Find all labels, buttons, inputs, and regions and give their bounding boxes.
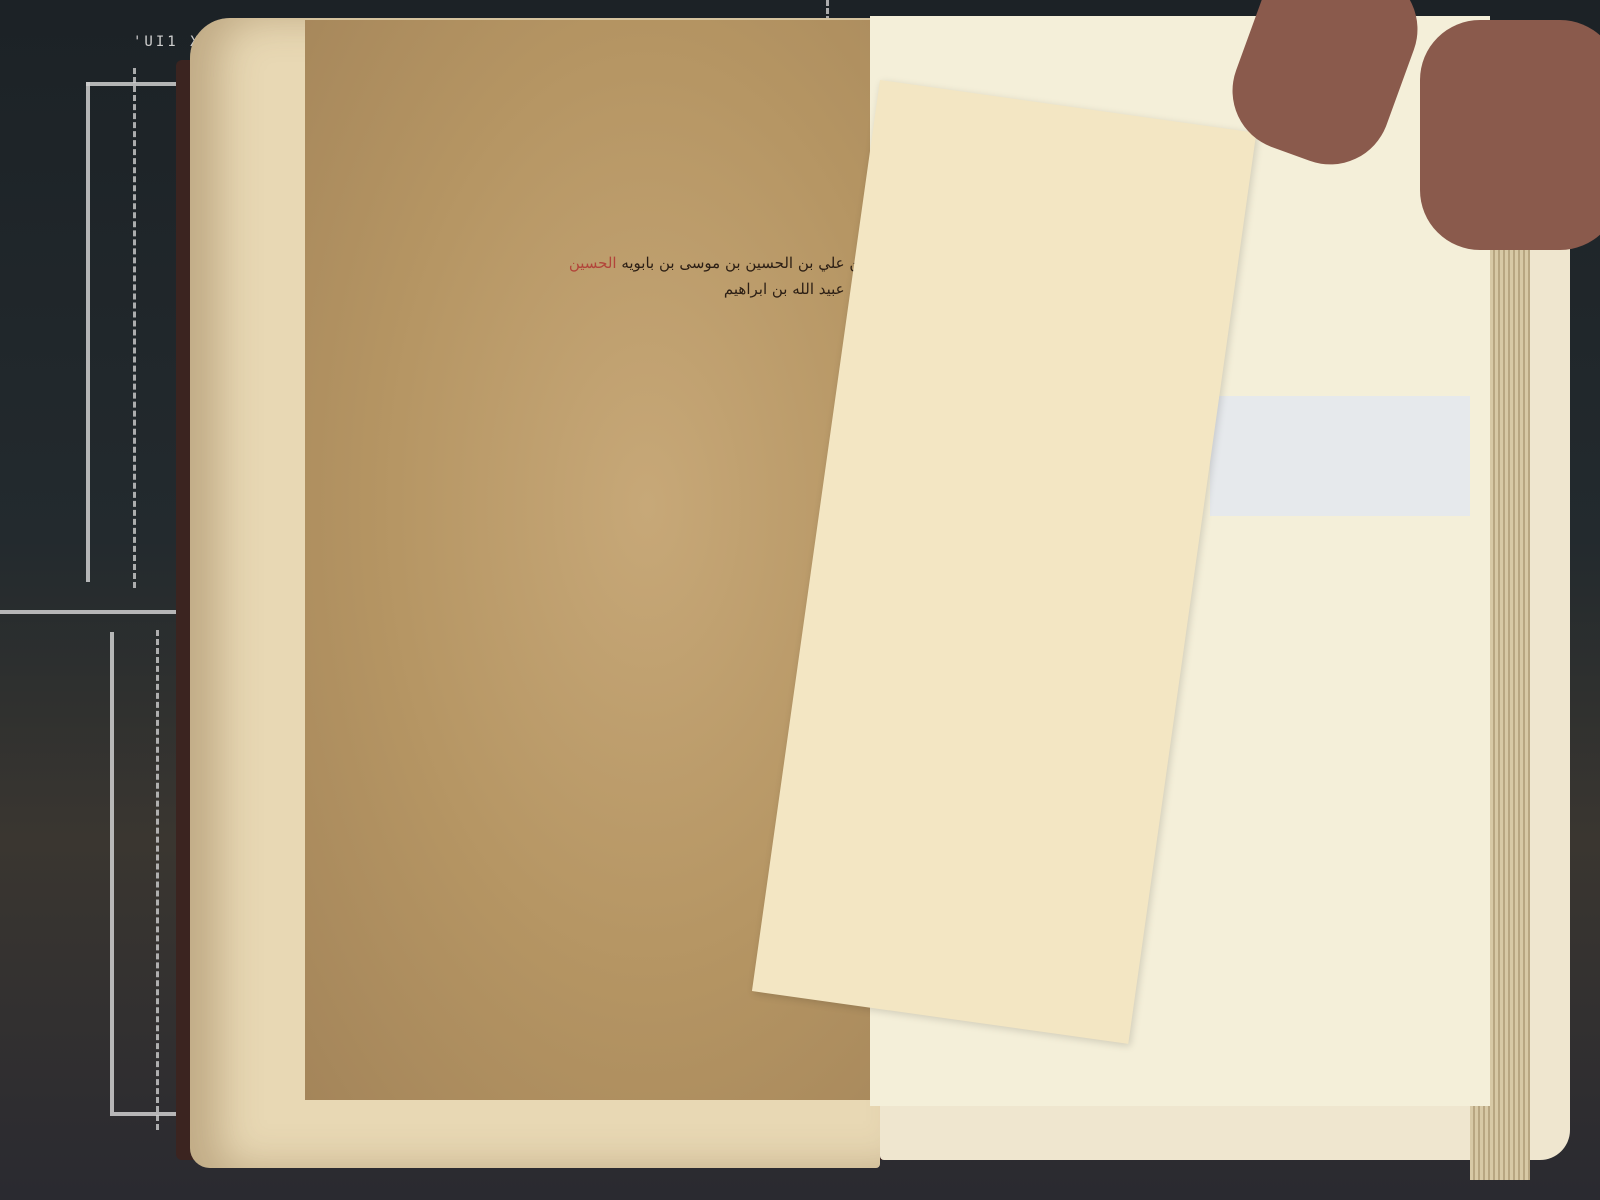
rubric-word: الحسين: [569, 254, 617, 272]
hand-thumb: [1420, 20, 1600, 250]
mat-guide-line: [110, 1112, 180, 1116]
sample-line: بن عبيد الله بن ابراهيم: [325, 276, 865, 302]
mat-dashed-guide: [133, 68, 136, 588]
mat-guide-line: [0, 610, 178, 614]
mat-guide-line: [86, 82, 176, 86]
mat-dashed-guide: [156, 630, 159, 1130]
mat-guide-line: [110, 632, 114, 1112]
mat-guide-line: [86, 82, 90, 582]
pencil-note-area: [1210, 396, 1470, 516]
